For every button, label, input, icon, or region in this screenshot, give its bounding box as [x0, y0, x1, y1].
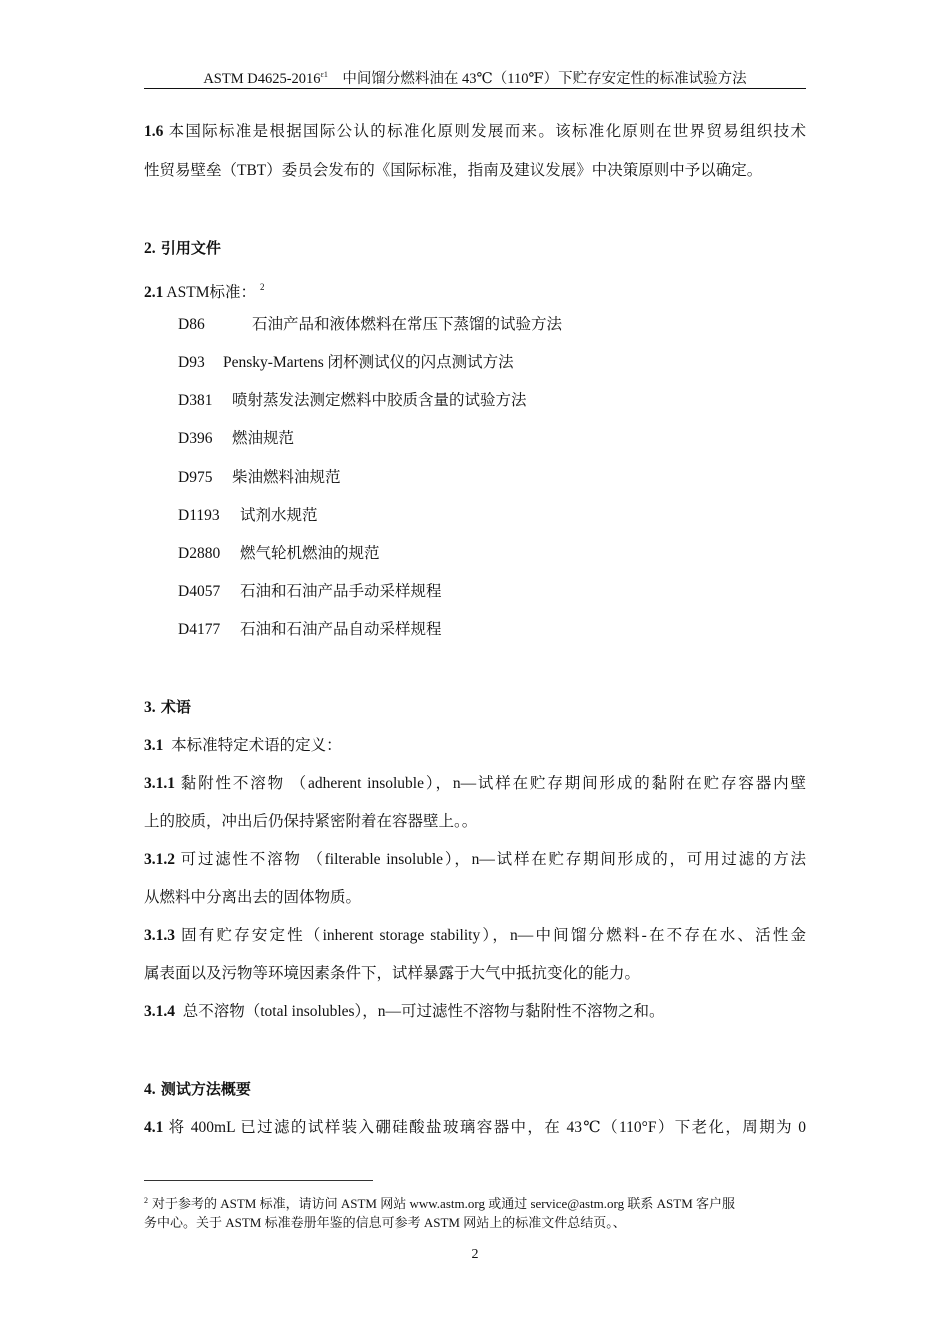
reference-title: 燃油规范 — [232, 430, 294, 447]
footnote: 2对于参考的 ASTM 标准，请访问 ASTM 网站 www.astm.org … — [144, 1191, 806, 1232]
footnote-marker: 2 — [144, 1196, 148, 1205]
clause-3-1-2-line2: 从燃料中分离出去的固体物质。 — [144, 887, 361, 909]
section-3-heading: 3. 术语 — [144, 696, 191, 719]
reference-item: D1193试剂水规范 — [178, 505, 318, 527]
clause-title: ASTM标准： — [166, 284, 256, 301]
footnote-line1: 2对于参考的 ASTM 标准，请访问 ASTM 网站 www.astm.org … — [144, 1191, 806, 1213]
clause-3-1-2-line1: 3.1.2 可过滤性不溶物 （filterable insoluble），n—试… — [144, 849, 806, 871]
reference-code: D4057 — [178, 581, 240, 603]
footnote-rule — [144, 1180, 373, 1181]
header-title: 中间馏分燃料油在 43℃（110℉）下贮存安定性的标准试验方法 — [342, 71, 746, 87]
paragraph-text: 本国际标准是根据国际公认的标准化原则发展而来。该标准化原则在世界贸易组织技术 — [169, 123, 806, 140]
reference-code: D975 — [178, 467, 232, 489]
clause-2-1: 2.1 ASTM标准：2 — [144, 276, 264, 304]
reference-code: D381 — [178, 390, 232, 412]
section-4-heading: 4. 测试方法概要 — [144, 1078, 251, 1101]
clause-text: 固有贮存安定性（inherent storage stability），n—中间… — [181, 927, 806, 944]
paragraph-1-6-line1: 1.6 本国际标准是根据国际公认的标准化原则发展而来。该标准化原则在世界贸易组织… — [144, 121, 806, 143]
reference-item: D93Pensky-Martens 闭杯测试仪的闪点测试方法 — [178, 352, 514, 374]
clause-3-1-3-line2: 属表面以及污物等环境因素条件下，试样暴露于大气中抵抗变化的能力。 — [144, 963, 640, 985]
section-title: 测试方法概要 — [161, 1080, 251, 1098]
section-number: 4. — [144, 1081, 156, 1098]
reference-title: 燃气轮机燃油的规范 — [240, 545, 380, 562]
section-number: 2. — [144, 240, 156, 257]
reference-title: 石油和石油产品自动采样规程 — [240, 621, 442, 638]
reference-title: Pensky-Martens 闭杯测试仪的闪点测试方法 — [223, 354, 514, 371]
clause-text: 将 400mL 已过滤的试样装入硼硅酸盐玻璃容器中，在 43℃（110°F）下老… — [169, 1119, 806, 1136]
clause-text: 本标准特定术语的定义： — [171, 737, 342, 754]
reference-code: D86 — [178, 314, 252, 336]
reference-code: D2880 — [178, 543, 240, 565]
clause-number: 3.1.4 — [144, 1003, 175, 1020]
clause-3-1-1-line1: 3.1.1 黏附性不溶物 （adherent insoluble），n—试样在贮… — [144, 773, 806, 795]
standard-id: ASTM D4625-2016 — [203, 71, 320, 87]
reference-code: D1193 — [178, 505, 240, 527]
clause-number: 3.1 — [144, 737, 163, 754]
clause-3-1-3-line1: 3.1.3 固有贮存安定性（inherent storage stability… — [144, 925, 806, 947]
clause-3-1: 3.1 本标准特定术语的定义： — [144, 735, 342, 757]
reference-title: 喷射蒸发法测定燃料中胶质含量的试验方法 — [232, 392, 527, 409]
reference-code: D4177 — [178, 619, 240, 641]
clause-number: 2.1 — [144, 284, 163, 301]
reference-code: D396 — [178, 428, 232, 450]
clause-number: 3.1.2 — [144, 851, 175, 868]
clause-number: 3.1.3 — [144, 927, 175, 944]
reference-code: D93 — [178, 352, 223, 374]
section-title: 术语 — [161, 698, 191, 716]
clause-3-1-1-line2: 上的胶质，冲出后仍保持紧密附着在容器壁上。。 — [144, 811, 477, 833]
clause-number: 4.1 — [144, 1119, 163, 1136]
footnote-line2: 务中心。关于 ASTM 标准卷册年鉴的信息可参考 ASTM 网站上的标准文件总结… — [144, 1213, 806, 1232]
page-number: 2 — [0, 1247, 950, 1263]
reference-title: 石油和石油产品手动采样规程 — [240, 583, 442, 600]
clause-4-1-line1: 4.1 将 400mL 已过滤的试样装入硼硅酸盐玻璃容器中，在 43℃（110°… — [144, 1117, 806, 1139]
paragraph-1-6-line2: 性贸易壁垒（TBT）委员会发布的《国际标准，指南及建议发展》中决策原则中予以确定… — [144, 160, 762, 182]
reference-item: D86石油产品和液体燃料在常压下蒸馏的试验方法 — [178, 314, 562, 336]
clause-text: 总不溶物（total insolubles），n—可过滤性不溶物与黏附性不溶物之… — [183, 1003, 665, 1020]
clause-number: 3.1.1 — [144, 775, 175, 792]
clause-text: 可过滤性不溶物 （filterable insoluble），n—试样在贮存期间… — [181, 851, 806, 868]
header-rule — [144, 88, 806, 89]
clause-number: 1.6 — [144, 123, 163, 140]
standard-epsilon: ε1 — [321, 70, 328, 79]
section-number: 3. — [144, 699, 156, 716]
reference-title: 石油产品和液体燃料在常压下蒸馏的试验方法 — [252, 316, 562, 333]
footnote-ref[interactable]: 2 — [260, 282, 265, 292]
reference-item: D975柴油燃料油规范 — [178, 467, 341, 489]
section-2-heading: 2. 引用文件 — [144, 237, 221, 260]
footnote-text: 对于参考的 ASTM 标准，请访问 ASTM 网站 www.astm.org 或… — [152, 1196, 735, 1211]
reference-item: D381喷射蒸发法测定燃料中胶质含量的试验方法 — [178, 390, 527, 412]
reference-item: D4177石油和石油产品自动采样规程 — [178, 619, 442, 641]
running-header: ASTM D4625-2016ε1 中间馏分燃料油在 43℃（110℉）下贮存安… — [144, 64, 806, 90]
reference-title: 试剂水规范 — [240, 507, 318, 524]
clause-text: 黏附性不溶物 （adherent insoluble），n—试样在贮存期间形成的… — [181, 775, 806, 792]
reference-item: D2880燃气轮机燃油的规范 — [178, 543, 380, 565]
reference-title: 柴油燃料油规范 — [232, 469, 341, 486]
reference-item: D396燃油规范 — [178, 428, 294, 450]
reference-item: D4057石油和石油产品手动采样规程 — [178, 581, 442, 603]
clause-3-1-4: 3.1.4 总不溶物（total insolubles），n—可过滤性不溶物与黏… — [144, 1001, 665, 1023]
section-title: 引用文件 — [161, 239, 221, 257]
